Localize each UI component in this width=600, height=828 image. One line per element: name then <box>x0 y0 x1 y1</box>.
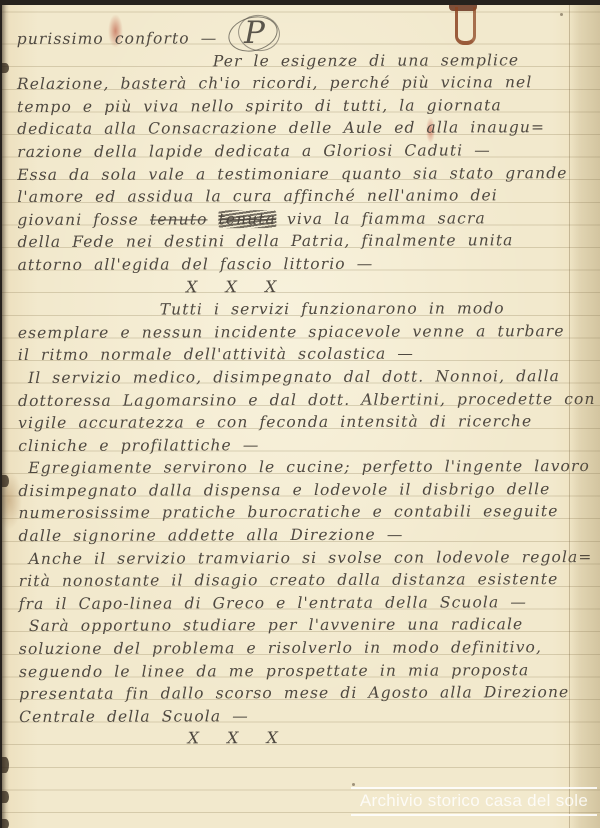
text-segment: viva la fiamma sacra <box>276 209 486 228</box>
manuscript-line: attorno all'egida del fascio littorio — <box>18 252 594 277</box>
manuscript-line: Sarà opportuno studiare per l'avvenire u… <box>19 613 595 638</box>
manuscript-line: il ritmo normale dell'attività scolastic… <box>18 342 594 367</box>
manuscript-line: della Fede nei destini della Patria, fin… <box>17 229 593 254</box>
manuscript-line: vigile accuratezza e con feconda intensi… <box>18 410 594 435</box>
section-divider: X X X <box>18 275 594 300</box>
paper: P purissimo conforto —Per le esigenze di… <box>2 5 600 828</box>
manuscript-line: Il servizio medico, disimpegnato dal dot… <box>18 365 594 390</box>
manuscript-line: presentata fin dallo scorso mese di Agos… <box>19 681 595 706</box>
manuscript-line: Essa da sola vale a testimoniare quanto … <box>17 162 593 187</box>
manuscript-line: seguendo le linee da me prospettate in m… <box>19 659 595 684</box>
manuscript-line: soluzione del problema e risolverlo in m… <box>19 636 595 661</box>
manuscript-line: dedicata alla Consacrazione delle Aule e… <box>17 116 593 141</box>
manuscript-line: Anche il servizio tramviario si svolse c… <box>19 546 595 571</box>
scanned-document: P purissimo conforto —Per le esigenze di… <box>0 0 600 828</box>
manuscript-line: giovani fosse tenuto tenuta viva la fiam… <box>17 207 593 232</box>
torn-edge-mark <box>2 791 9 803</box>
manuscript-line: razione della lapide dedicata a Gloriosi… <box>17 139 593 164</box>
scribbled-word: tenuta <box>219 210 276 228</box>
struck-word: tenuto <box>150 210 208 228</box>
manuscript-line: l'amore ed assidua la cura affinché nell… <box>17 184 593 209</box>
text-segment: giovani fosse <box>17 210 150 228</box>
watermark: Archivio storico casa del sole <box>351 787 597 816</box>
manuscript-line: rità nonostante il disagio creato dalla … <box>19 568 595 593</box>
manuscript-line: dottoressa Lagomarsino e dal dott. Alber… <box>18 387 594 412</box>
manuscript-line: Per le esigenze di una semplice <box>17 49 593 74</box>
manuscript-line: esemplare e nessun incidente spiacevole … <box>18 320 594 345</box>
manuscript-line: numerosissime pratiche burocratiche e co… <box>18 500 594 525</box>
torn-edge-mark <box>2 757 9 773</box>
manuscript-line: tempo e più viva nello spirito di tutti,… <box>17 94 593 119</box>
paper-speck <box>560 13 563 16</box>
manuscript-line: dalle signorine addette alla Direzione — <box>18 523 594 548</box>
manuscript-line: Tutti i servizi funzionarono in modo <box>18 297 594 322</box>
manuscript-text: purissimo conforto —Per le esigenze di u… <box>17 26 596 751</box>
torn-edge-mark <box>2 475 9 487</box>
manuscript-line: disimpegnato dalla dispensa e lodevole i… <box>18 478 594 503</box>
manuscript-line: purissimo conforto — <box>17 26 593 51</box>
manuscript-line: Centrale della Scuola — <box>19 704 595 729</box>
manuscript-line: cliniche e profilattiche — <box>18 433 594 458</box>
section-divider: X X X <box>19 726 595 751</box>
watermark-text: Archivio storico casa del sole <box>360 791 588 810</box>
torn-edge-mark <box>2 819 9 828</box>
manuscript-line: Egregiamente servirono le cucine; perfet… <box>18 455 594 480</box>
manuscript-line: Relazione, basterà ch'io ricordi, perché… <box>17 71 593 96</box>
paper-speck <box>352 783 355 786</box>
torn-left-edge <box>2 5 9 828</box>
manuscript-line: fra il Capo-linea di Greco e l'entrata d… <box>19 591 595 616</box>
text-segment <box>207 210 218 228</box>
torn-edge-mark <box>2 63 9 73</box>
